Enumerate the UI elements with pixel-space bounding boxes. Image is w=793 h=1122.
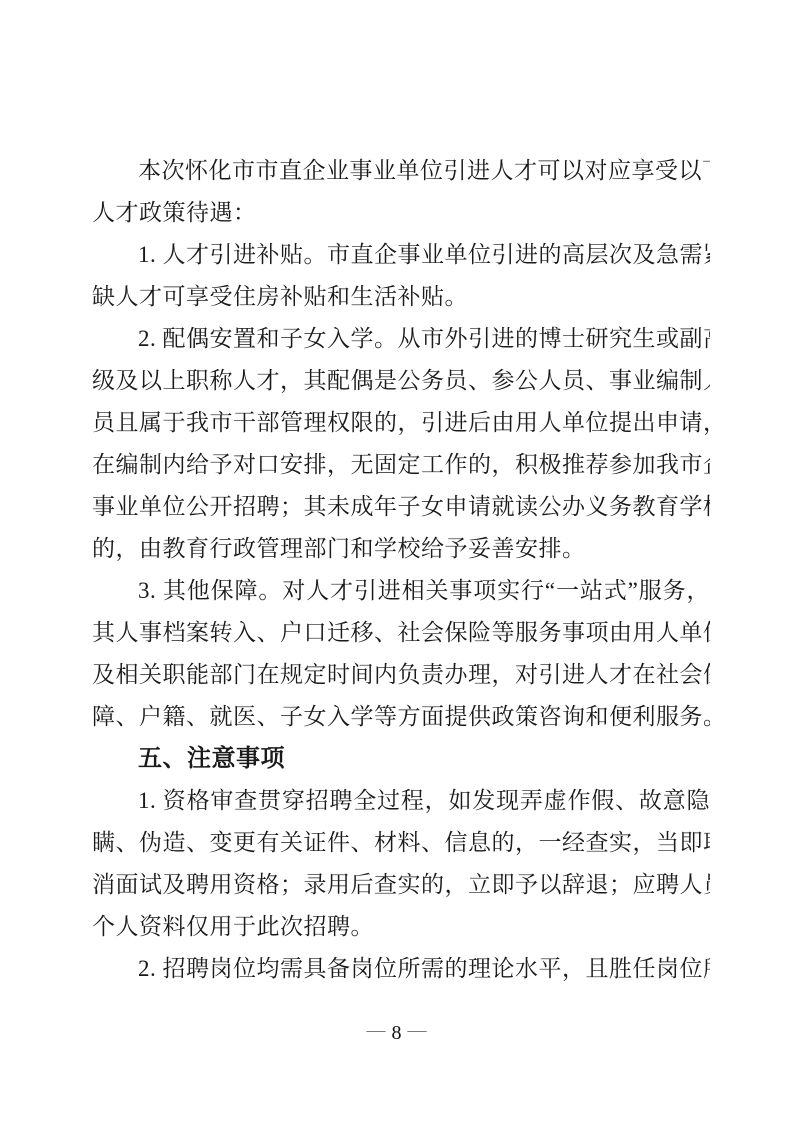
paragraph: 2. 配偶安置和子女入学。从市外引进的博士研究生或副高级及以上职称人才，其配偶是… [92, 318, 710, 570]
text-line: 1. 人才引进补贴。市直企事业单位引进的高层次及急需紧 [92, 234, 710, 276]
page-footer: —8— [0, 1022, 793, 1045]
footer-left-dash: — [361, 1020, 392, 1041]
document-body: 本次怀化市市直企业事业单位引进人才可以对应享受以下人才政策待遇：1. 人才引进补… [92, 150, 710, 990]
text-line: 员且属于我市干部管理权限的，引进后由用人单位提出申请， [92, 402, 710, 444]
text-line: 在编制内给予对口安排，无固定工作的，积极推荐参加我市企 [92, 444, 710, 486]
page-number: 8 [392, 1022, 402, 1044]
paragraph: 1. 人才引进补贴。市直企事业单位引进的高层次及急需紧缺人才可享受住房补贴和生活… [92, 234, 710, 318]
paragraph: 3. 其他保障。对人才引进相关事项实行“一站式”服务，其人事档案转入、户口迁移、… [92, 570, 710, 738]
text-line: 及相关职能部门在规定时间内负责办理，对引进人才在社会保 [92, 654, 710, 696]
text-line: 本次怀化市市直企业事业单位引进人才可以对应享受以下 [92, 150, 710, 192]
text-line: 个人资料仅用于此次招聘。 [92, 906, 710, 948]
text-line: 的，由教育行政管理部门和学校给予妥善安排。 [92, 528, 710, 570]
section-heading: 五、注意事项 [92, 738, 710, 780]
text-line: 缺人才可享受住房补贴和生活补贴。 [92, 276, 710, 318]
text-line: 事业单位公开招聘；其未成年子女申请就读公办义务教育学校 [92, 486, 710, 528]
footer-right-dash: — [402, 1020, 433, 1041]
text-line: 人才政策待遇： [92, 192, 710, 234]
paragraph: 本次怀化市市直企业事业单位引进人才可以对应享受以下人才政策待遇： [92, 150, 710, 234]
paragraph: 2. 招聘岗位均需具备岗位所需的理论水平，且胜任岗位所 [92, 948, 710, 990]
text-line: 级及以上职称人才，其配偶是公务员、参公人员、事业编制人 [92, 360, 710, 402]
document-page: 本次怀化市市直企业事业单位引进人才可以对应享受以下人才政策待遇：1. 人才引进补… [0, 0, 793, 1122]
heading-line: 五、注意事项 [92, 738, 710, 780]
text-line: 1. 资格审查贯穿招聘全过程，如发现弄虚作假、故意隐 [92, 780, 710, 822]
text-line: 其人事档案转入、户口迁移、社会保险等服务事项由用人单位 [92, 612, 710, 654]
text-line: 瞒、伪造、变更有关证件、材料、信息的，一经查实，当即取 [92, 822, 710, 864]
text-line: 障、户籍、就医、子女入学等方面提供政策咨询和便利服务。 [92, 696, 710, 738]
text-line: 2. 招聘岗位均需具备岗位所需的理论水平，且胜任岗位所 [92, 948, 710, 990]
text-line: 2. 配偶安置和子女入学。从市外引进的博士研究生或副高 [92, 318, 710, 360]
paragraph: 1. 资格审查贯穿招聘全过程，如发现弄虚作假、故意隐瞒、伪造、变更有关证件、材料… [92, 780, 710, 948]
text-line: 3. 其他保障。对人才引进相关事项实行“一站式”服务， [92, 570, 710, 612]
text-line: 消面试及聘用资格；录用后查实的，立即予以辞退；应聘人员 [92, 864, 710, 906]
